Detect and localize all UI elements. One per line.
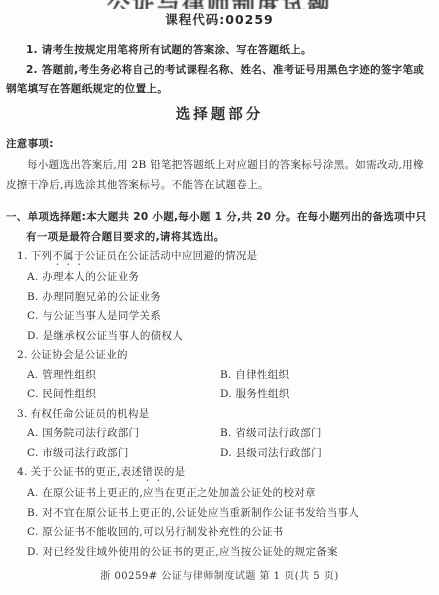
question-4-stem: 4.关于公证书的更正,表述错误的是 bbox=[6, 463, 433, 484]
question-1: 1.下列不属于公证员在公证活动中应回避的情况是 A. 办理本人的公证业务 B. … bbox=[6, 247, 433, 346]
question-2-option-d: D. 服务性组织 bbox=[220, 385, 433, 405]
question-3-option-b: B. 省级司法行政部门 bbox=[220, 424, 433, 444]
instruction-1: 1. 请考生按规定用笔将所有试题的答案涂、写在答题纸上。 bbox=[6, 41, 433, 61]
question-3-number: 3. bbox=[17, 408, 28, 420]
question-3: 3.有权任命公证员的机构是 A. 国务院司法行政部门 B. 省级司法行政部门 C… bbox=[6, 405, 433, 464]
question-2-number: 2. bbox=[17, 349, 28, 361]
instruction-2: 2. 答题前,考生务必将自己的考试课程名称、姓名、准考证号用黑色字迹的签字笔或钢… bbox=[6, 61, 433, 100]
question-4-stem-text: 关于公证书的更正,表述 bbox=[31, 466, 143, 478]
question-4-option-c: C. 原公证书不能收回的,可以另行制发补充性的公证书 bbox=[27, 523, 433, 543]
question-4-option-d: D. 对已经发往域外使用的公证书的更正,应当按公证处的规定备案 bbox=[27, 543, 433, 563]
clipped-page-title-text: 公证与律师制度试题 bbox=[107, 0, 332, 9]
question-4-stem-text-suffix: 的是 bbox=[164, 466, 186, 478]
question-2: 2.公证协会是公证业的 A. 管理性组织 B. 自律性组织 C. 民间性组织 D… bbox=[6, 346, 433, 405]
question-4-number: 4. bbox=[17, 466, 28, 478]
course-code: 课程代码:00259 bbox=[6, 11, 433, 28]
question-4: 4.关于公证书的更正,表述错误的是 A. 在原公证书上更正的,应当在更正之处加盖… bbox=[6, 463, 433, 562]
notes-label: 注意事项: bbox=[6, 135, 433, 155]
question-3-options: A. 国务院司法行政部门 B. 省级司法行政部门 C. 市级司法行政部门 D. … bbox=[6, 424, 433, 463]
question-1-option-a: A. 办理本人的公证业务 bbox=[27, 268, 433, 288]
question-1-option-d: D. 是继承权公证当事人的债权人 bbox=[27, 327, 433, 347]
question-1-stem-text-suffix: 公证员在公证活动中应回避的情况是 bbox=[85, 250, 258, 262]
part-one-heading: 一、单项选择题:本大题共 20 小题,每小题 1 分,共 20 分。在每小题列出… bbox=[6, 208, 433, 247]
question-4-option-b: B. 对不宜在原公证书上更正的,公证处应当重新制作公证书发给当事人 bbox=[27, 504, 433, 524]
question-1-options: A. 办理本人的公证业务 B. 办理同胞兄弟的公证业务 C. 与公证当事人是同学… bbox=[6, 268, 433, 346]
question-2-stem-text: 公证协会是公证业的 bbox=[31, 349, 128, 361]
question-2-option-b: B. 自律性组织 bbox=[220, 366, 433, 386]
question-3-stem-text: 有权任命公证员的机构是 bbox=[31, 408, 150, 420]
question-1-option-c: C. 与公证当事人是同学关系 bbox=[27, 307, 433, 327]
question-3-option-d: D. 县级司法行政部门 bbox=[220, 444, 433, 464]
page-footer: 浙 00259# 公证与律师制度试题 第 1 页(共 5 页) bbox=[0, 567, 439, 587]
question-2-stem: 2.公证协会是公证业的 bbox=[6, 346, 433, 366]
question-4-options: A. 在原公证书上更正的,应当在更正之处加盖公证处的校对章 B. 对不宜在原公证… bbox=[6, 484, 433, 562]
question-2-options: A. 管理性组织 B. 自律性组织 C. 民间性组织 D. 服务性组织 bbox=[6, 366, 433, 405]
question-3-option-a: A. 国务院司法行政部门 bbox=[27, 424, 220, 444]
question-3-stem: 3.有权任命公证员的机构是 bbox=[6, 405, 433, 425]
question-1-option-b: B. 办理同胞兄弟的公证业务 bbox=[27, 288, 433, 308]
question-2-option-a: A. 管理性组织 bbox=[27, 366, 220, 386]
question-1-stem: 1.下列不属于公证员在公证活动中应回避的情况是 bbox=[6, 247, 433, 268]
question-2-option-c: C. 民间性组织 bbox=[27, 385, 220, 405]
question-1-number: 1. bbox=[17, 250, 28, 262]
question-3-option-c: C. 市级司法行政部门 bbox=[27, 444, 220, 464]
question-4-stem-emphasis: 错误 bbox=[142, 466, 164, 478]
question-4-option-a: A. 在原公证书上更正的,应当在更正之处加盖公证处的校对章 bbox=[27, 484, 433, 504]
notes-body: 每小题选出答案后,用 2B 铅笔把答题纸上对应题目的答案标号涂黑。如需改动,用橡… bbox=[6, 156, 433, 195]
section-title: 选择题部分 bbox=[6, 106, 433, 124]
exam-page: 公证与律师制度试题 课程代码:00259 1. 请考生按规定用笔将所有试题的答案… bbox=[0, 0, 439, 595]
question-1-stem-text: 下列 bbox=[31, 250, 53, 262]
question-1-stem-emphasis: 不属于 bbox=[52, 250, 84, 262]
clipped-page-title: 公证与律师制度试题 bbox=[6, 0, 433, 9]
